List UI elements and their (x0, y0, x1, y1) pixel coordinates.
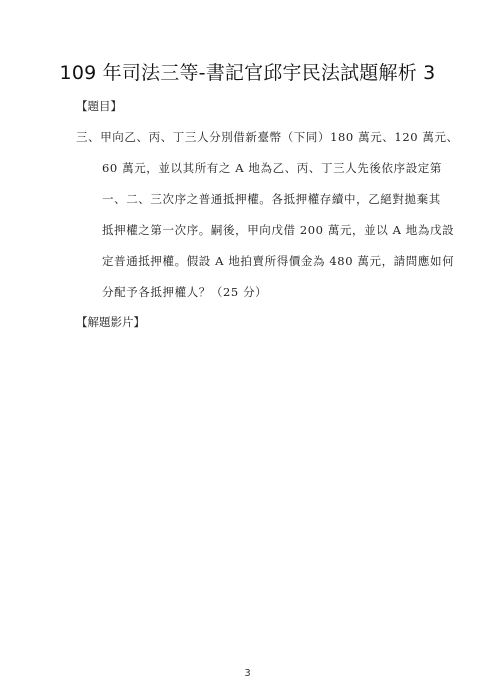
question-line: 抵押權之第一次序。嗣後，甲向戊借 200 萬元，並以 A 地為戊設 (102, 222, 454, 238)
question-line: 60 萬元，並以其所有之 A 地為乙、丙、丁三人先後依序設定第 (102, 160, 442, 176)
question-line: 分配予各抵押權人？（25 分） (102, 284, 267, 300)
video-section-label: 【解題影片】 (76, 314, 145, 330)
question-line: 定普通抵押權。假設 A 地拍賣所得價金為 480 萬元，請問應如何 (102, 253, 454, 269)
question-line: 三、甲向乙、丙、丁三人分別借新臺幣（下同）180 萬元、120 萬元、 (76, 129, 459, 145)
page-number: 3 (0, 668, 495, 679)
page-title: 109 年司法三等-書記官邱宇民法試題解析 3 (0, 58, 495, 85)
question-line: 一、二、三次序之普通抵押權。各抵押權存續中，乙絕對拋棄其 (102, 191, 441, 207)
document-page: 109 年司法三等-書記官邱宇民法試題解析 3 【題目】 三、甲向乙、丙、丁三人… (0, 0, 495, 700)
question-section-label: 【題目】 (76, 98, 122, 114)
